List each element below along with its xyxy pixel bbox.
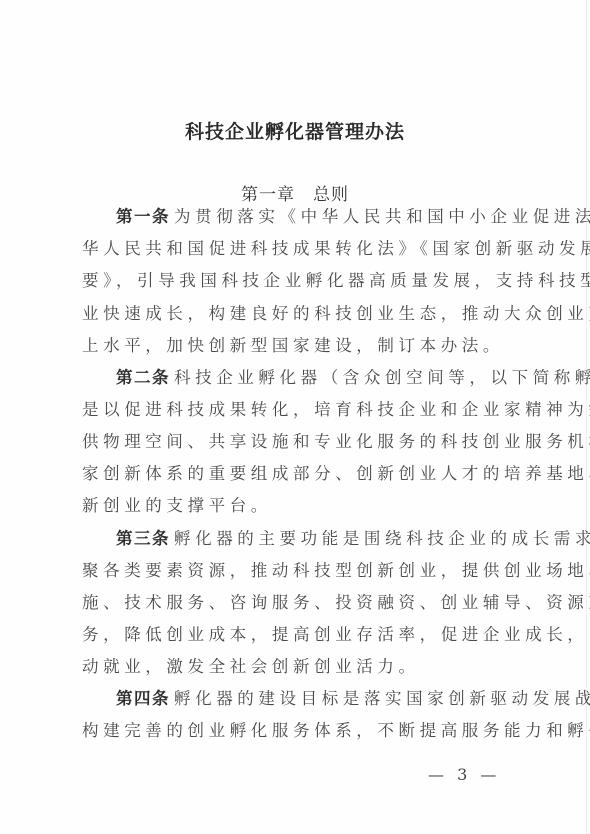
article-2-line-4: 家创新体系的重要组成部分、创新创业人才的培养基地、大众创 — [82, 463, 512, 485]
article-4-line-1: 第四条孵化器的建设目标是落实国家创新驱动发展战略， — [116, 688, 512, 710]
article-label: 第二条 — [116, 368, 170, 387]
article-3-line-1: 第三条孵化器的主要功能是围绕科技企业的成长需求，集 — [116, 528, 512, 550]
article-2-line-5: 新创业的支撑平台。 — [82, 495, 512, 517]
article-label: 第三条 — [116, 529, 170, 548]
page-number: — 3 — — [428, 765, 500, 784]
article-1-line-4: 业快速成长，构建良好的科技创业生态，推动大众创业万众创新 — [82, 303, 512, 325]
article-label: 第一条 — [116, 207, 170, 226]
document-page: 科技企业孵化器管理办法 第一章总则 第一条为贯彻落实《中华人民共和国中小企业促进… — [0, 0, 590, 834]
article-3-line-4: 务，降低创业成本，提高创业存活率，促进企业成长，以创业带 — [82, 624, 512, 646]
article-text: 孵化器的建设目标是落实国家创新驱动发展战略， — [174, 689, 590, 708]
article-label: 第四条 — [116, 689, 170, 708]
chapter-number: 第一章 — [241, 185, 295, 205]
article-text: 为贯彻落实《中华人民共和国中小企业促进法》《中 — [174, 207, 590, 226]
article-1-line-2: 华人民共和国促进科技成果转化法》《国家创新驱动发展战略纲 — [82, 238, 512, 260]
article-text: 孵化器的主要功能是围绕科技企业的成长需求，集 — [174, 529, 590, 548]
article-1-line-3: 要》，引导我国科技企业孵化器高质量发展，支持科技型中小微企 — [82, 270, 512, 292]
article-2-line-1: 第二条科技企业孵化器（含众创空间等，以下简称孵化器） — [116, 367, 512, 389]
chapter-heading: 第一章总则 — [0, 180, 590, 205]
article-2-line-2: 是以促进科技成果转化，培育科技企业和企业家精神为宗旨，提 — [82, 399, 512, 421]
article-3-line-3: 施、技术服务、咨询服务、投资融资、创业辅导、资源对接等服 — [82, 592, 512, 614]
article-3-line-5: 动就业，激发全社会创新创业活力。 — [82, 656, 512, 678]
article-1-line-5: 上水平，加快创新型国家建设，制订本办法。 — [82, 335, 512, 357]
article-4-line-2: 构建完善的创业孵化服务体系，不断提高服务能力和孵化成效， — [82, 720, 512, 742]
chapter-name: 总则 — [313, 185, 349, 205]
article-text: 科技企业孵化器（含众创空间等，以下简称孵化器） — [174, 368, 590, 387]
article-1-line-1: 第一条为贯彻落实《中华人民共和国中小企业促进法》《中 — [116, 206, 512, 228]
article-2-line-3: 供物理空间、共享设施和专业化服务的科技创业服务机构，是国 — [82, 431, 512, 453]
document-title: 科技企业孵化器管理办法 — [0, 117, 590, 144]
article-3-line-2: 聚各类要素资源，推动科技型创新创业，提供创业场地、共享设 — [82, 560, 512, 582]
